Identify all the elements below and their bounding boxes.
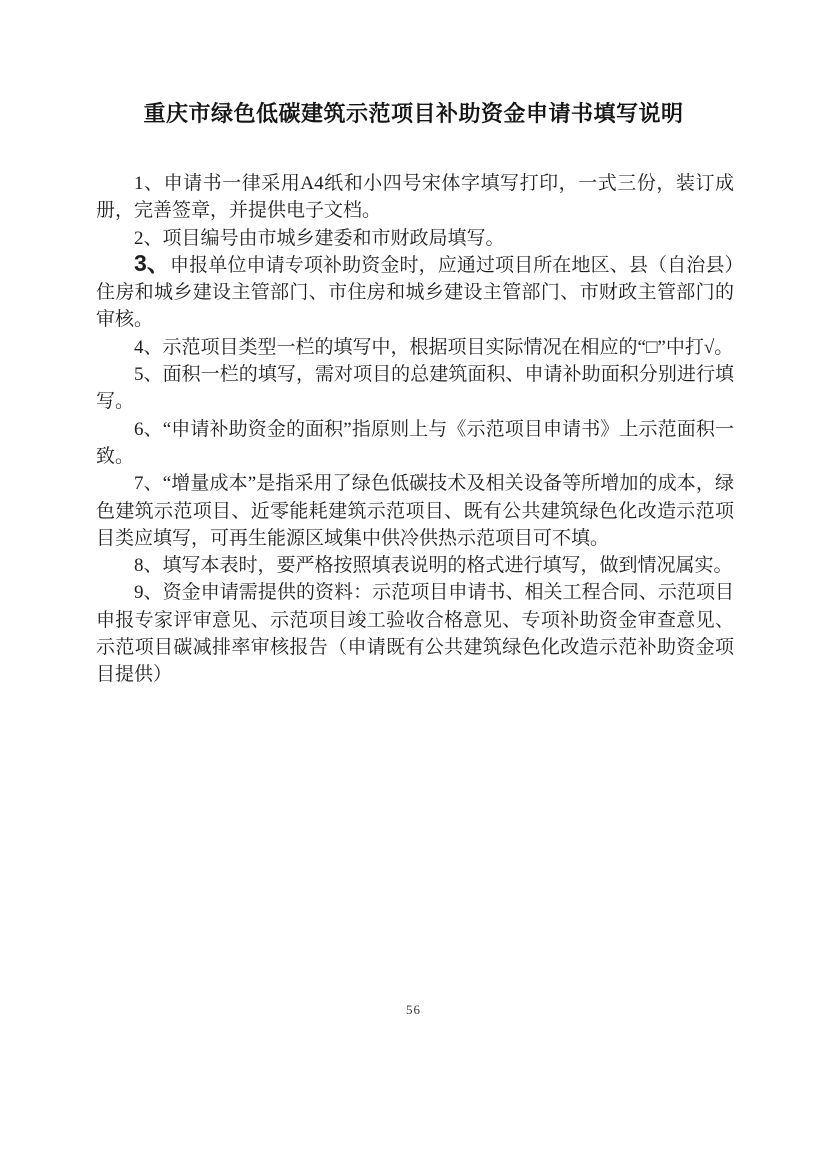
item-number: 2、	[134, 228, 163, 249]
item-text: 填写本表时，要严格按照填表说明的格式进行填写，做到情况属实。	[163, 555, 733, 576]
instruction-item-1: 1、申请书一律采用A4纸和小四号宋体字填写打印，一式三份，装订成册，完善签章，并…	[96, 170, 734, 225]
instruction-item-3: 3、申报单位申请专项补助资金时，应通过项目所在地区、县（自治县）住房和城乡建设主…	[96, 252, 734, 334]
instruction-item-5: 5、面积一栏的填写，需对项目的总建筑面积、申请补助面积分别进行填写。	[96, 361, 734, 416]
item-number: 3、	[134, 250, 170, 276]
item-text: 申请书一律采用A4纸和小四号宋体字填写打印，一式三份，装订成册，完善签章，并提供…	[96, 173, 734, 221]
item-number: 6、	[134, 419, 163, 440]
document-body: 1、申请书一律采用A4纸和小四号宋体字填写打印，一式三份，装订成册，完善签章，并…	[96, 170, 734, 689]
item-number: 9、	[134, 582, 163, 603]
item-number: 7、	[134, 473, 163, 494]
item-text: 资金申请需提供的资料：示范项目申请书、相关工程合同、示范项目申报专家评审意见、示…	[96, 582, 734, 685]
instruction-item-9: 9、资金申请需提供的资料：示范项目申请书、相关工程合同、示范项目申报专家评审意见…	[96, 579, 734, 688]
item-text: 示范项目类型一栏的填写中，根据项目实际情况在相应的“□”中打√。	[163, 337, 734, 358]
item-text: 面积一栏的填写，需对项目的总建筑面积、申请补助面积分别进行填写。	[96, 364, 734, 412]
item-text: 项目编号由市城乡建委和市财政局填写。	[163, 228, 505, 249]
instruction-item-8: 8、填写本表时，要严格按照填表说明的格式进行填写，做到情况属实。	[96, 552, 734, 579]
document-title: 重庆市绿色低碳建筑示范项目补助资金申请书填写说明	[0, 97, 827, 128]
document-page: 重庆市绿色低碳建筑示范项目补助资金申请书填写说明 1、申请书一律采用A4纸和小四…	[0, 0, 827, 1169]
item-text: 申报单位申请专项补助资金时，应通过项目所在地区、县（自治县）住房和城乡建设主管部…	[96, 255, 734, 331]
item-number: 1、	[134, 173, 164, 194]
instruction-item-7: 7、“增量成本”是指采用了绿色低碳技术及相关设备等所增加的成本，绿色建筑示范项目…	[96, 470, 734, 552]
item-text: “申请补助资金的面积”指原则上与《示范项目申请书》上示范面积一致。	[96, 419, 734, 467]
item-text: “增量成本”是指采用了绿色低碳技术及相关设备等所增加的成本，绿色建筑示范项目、近…	[96, 473, 734, 549]
item-number: 5、	[134, 364, 163, 385]
instruction-item-2: 2、项目编号由市城乡建委和市财政局填写。	[96, 225, 734, 252]
item-number: 4、	[134, 337, 163, 358]
instruction-item-6: 6、“申请补助资金的面积”指原则上与《示范项目申请书》上示范面积一致。	[96, 416, 734, 471]
instruction-item-4: 4、示范项目类型一栏的填写中，根据项目实际情况在相应的“□”中打√。	[96, 334, 734, 361]
item-number: 8、	[134, 555, 163, 576]
page-number: 56	[0, 1002, 827, 1018]
